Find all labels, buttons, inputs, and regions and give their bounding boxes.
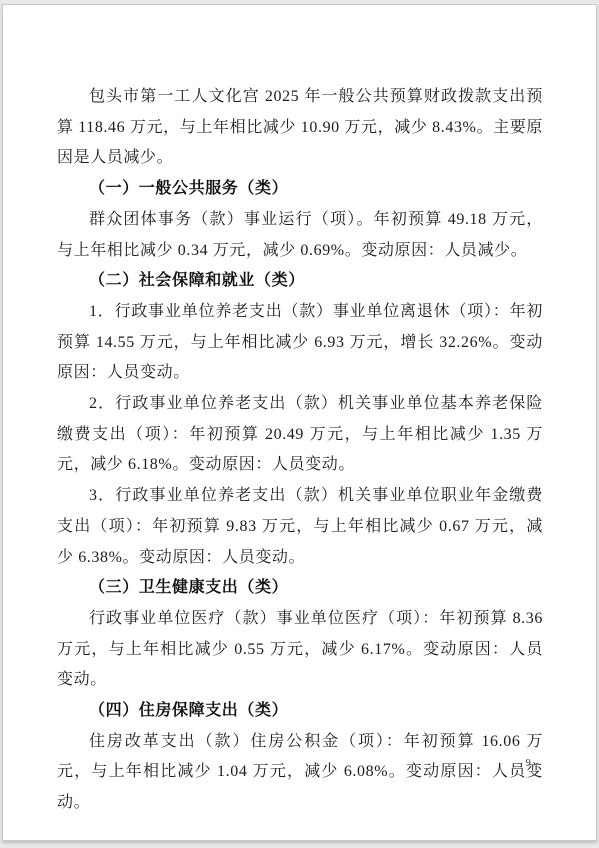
section-heading: （二）社会保障和就业（类） bbox=[57, 266, 543, 297]
section-heading: （四）住房保障支出（类） bbox=[57, 696, 543, 727]
document-page: 包头市第一工人文化宫 2025 年一般公共预算财政拨款支出预算 118.46 万… bbox=[2, 4, 597, 841]
document-body: 包头市第一工人文化宫 2025 年一般公共预算财政拨款支出预算 118.46 万… bbox=[57, 82, 543, 819]
paragraph: 行政事业单位医疗（款）事业单位医疗（项）：年初预算 8.36 万元，与上年相比减… bbox=[57, 604, 543, 696]
section-heading: （三）卫生健康支出（类） bbox=[57, 573, 543, 604]
paragraph: 住房改革支出（款）住房公积金（项）：年初预算 16.06 万元，与上年相比减少 … bbox=[57, 727, 543, 819]
paragraph: 1．行政事业单位养老支出（款）事业单位离退休（项）：年初预算 14.55 万元，… bbox=[57, 297, 543, 389]
paragraph: 3．行政事业单位养老支出（款）机关事业单位职业年金缴费支出（项）：年初预算 9.… bbox=[57, 481, 543, 573]
page-number: - 9 - bbox=[518, 758, 541, 769]
paragraph: 包头市第一工人文化宫 2025 年一般公共预算财政拨款支出预算 118.46 万… bbox=[57, 82, 543, 174]
paragraph: 2．行政事业单位养老支出（款）机关事业单位基本养老保险缴费支出（项）：年初预算 … bbox=[57, 389, 543, 481]
section-heading: （一）一般公共服务（类） bbox=[57, 174, 543, 205]
paragraph: 群众团体事务（款）事业运行（项）。年初预算 49.18 万元，与上年相比减少 0… bbox=[57, 205, 543, 266]
